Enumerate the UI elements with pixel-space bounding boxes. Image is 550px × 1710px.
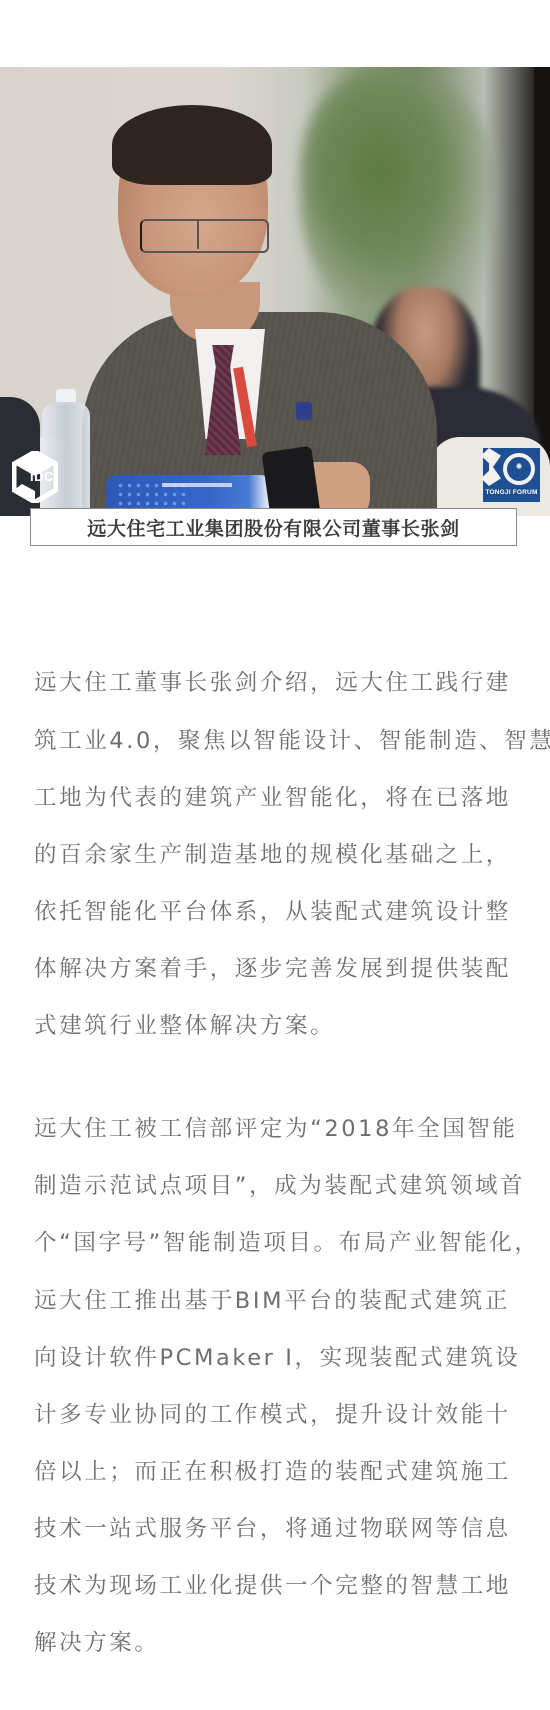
text-line: 工地为代表的建筑产业智能化，将在已落地 <box>34 783 511 813</box>
text-line: 的百余家生产制造基地的规模化基础之上， <box>34 840 511 870</box>
text-line: 依托智能化平台体系，从装配式建筑设计整 <box>34 897 511 927</box>
text-line: 远大住工推出基于BIM平台的装配式建筑正 <box>34 1286 510 1316</box>
photo-caption: 远大住宅工业集团股份有限公司董事长张剑 <box>30 508 517 546</box>
background-plant <box>300 67 500 327</box>
emblem-icon: ✺ <box>511 462 527 476</box>
text-line: 个“国字号”智能制造项目。布局产业智能化， <box>34 1228 539 1258</box>
idc-logo-icon: IDC <box>12 451 58 503</box>
tongji-forum-logo-icon: ✺ TONGJI FORUM <box>483 448 540 502</box>
text-line: 计多专业协同的工作模式，提升设计效能十 <box>34 1400 511 1430</box>
smartphone <box>262 446 321 516</box>
text-line: 远大住工董事长张剑介绍，远大住工践行建 <box>34 668 511 698</box>
chairman-photo: 张 剑 远大住宅工业集团股份有限公司 <box>0 67 550 516</box>
text-line: 远大住工被工信部评定为“2018年全国智能 <box>34 1114 518 1144</box>
text-line: 向设计软件PCMaker Ⅰ，实现装配式建筑设 <box>34 1343 520 1373</box>
idc-logo-text: IDC <box>30 469 54 484</box>
lapel-pin <box>296 402 312 420</box>
nameplate-event-text <box>162 483 232 487</box>
text-line: 技术为现场工业化提供一个完整的智慧工地 <box>34 1571 511 1601</box>
tongji-forum-label: TONGJI FORUM <box>485 489 538 496</box>
text-line: 解决方案。 <box>34 1628 160 1658</box>
hair <box>112 105 272 185</box>
text-line: 倍以上；而正在积极打造的装配式建筑施工 <box>34 1457 511 1487</box>
text-line: 技术一站式服务平台，将通过物联网等信息 <box>34 1514 511 1544</box>
text-line: 式建筑行业整体解决方案。 <box>34 1011 335 1041</box>
text-line: 制造示范试点项目”，成为装配式建筑领域首 <box>34 1171 525 1201</box>
glasses <box>140 219 269 253</box>
text-line: 体解决方案着手，逐步完善发展到提供装配 <box>34 954 511 984</box>
text-line: 筑工业4.0，聚焦以智能设计、智能制造、智慧 <box>34 726 550 756</box>
